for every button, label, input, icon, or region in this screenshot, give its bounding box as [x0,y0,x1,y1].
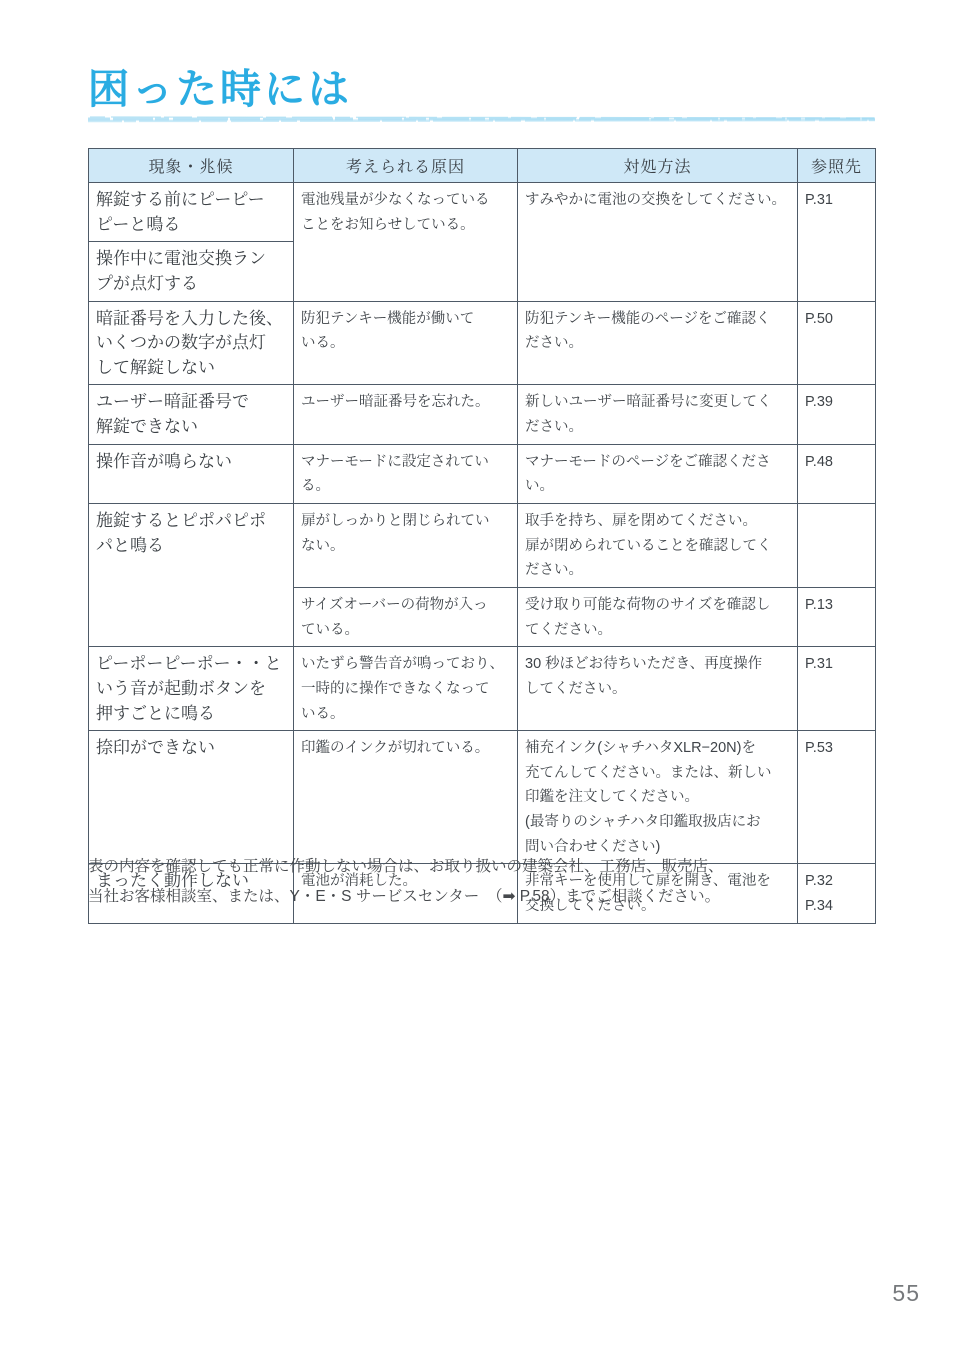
table-row: ユーザー暗証番号で 解錠できない ユーザー暗証番号を忘れた。 新しいユーザー暗証… [89,385,876,444]
cell-remedy: 30 秒ほどお待ちいただき、再度操作 してください。 [518,647,798,731]
cell-remedy: 補充インク(シャチハタXLR−20N)を 充てんしてください。または、新しい 印… [518,731,798,864]
col-header-cause: 考えられる原因 [294,149,518,183]
cell-cause: ユーザー暗証番号を忘れた。 [294,385,518,444]
cell-reference: P.48 [798,444,876,503]
col-header-reference: 参照先 [798,149,876,183]
cell-remedy: 受け取り可能な荷物のサイズを確認し てください。 [518,587,798,646]
cell-symptom: 操作中に電池交換ラン プが点灯する [89,242,294,301]
table-header-row: 現象・兆候 考えられる原因 対処方法 参照先 [89,149,876,183]
cell-symptom: 施錠するとピポパピポ パと鳴る [89,504,294,647]
cell-symptom: 解錠する前にピーピー ピーと鳴る [89,183,294,242]
cell-reference: P.53 [798,731,876,864]
cell-cause: マナーモードに設定されてい る。 [294,444,518,503]
cell-remedy: すみやかに電池の交換をしてください。 [518,183,798,302]
cell-cause: 印鑑のインクが切れている。 [294,731,518,864]
col-header-symptom: 現象・兆候 [89,149,294,183]
cell-symptom: ユーザー暗証番号で 解錠できない [89,385,294,444]
footer-note: 表の内容を確認しても正常に作動しない場合は、お取り扱いの建築会社、工務店、販売店… [88,852,888,912]
table-row: 暗証番号を入力した後、 いくつかの数字が点灯 して解錠しない 防犯テンキー機能が… [89,301,876,385]
cell-remedy: 防犯テンキー機能のページをご確認く ださい。 [518,301,798,385]
cell-remedy: マナーモードのページをご確認くださ い。 [518,444,798,503]
cell-symptom: ピーポーピーポー・・と いう音が起動ボタンを 押すごとに鳴る [89,647,294,731]
cell-cause: 扉がしっかりと閉じられてい ない。 [294,504,518,588]
table-row: 施錠するとピポパピポ パと鳴る 扉がしっかりと閉じられてい ない。 取手を持ち、… [89,504,876,588]
cell-symptom: 捺印ができない [89,731,294,864]
cell-cause: いたずら警告音が鳴っており、 一時的に操作できなくなって いる。 [294,647,518,731]
page-number: 55 [892,1280,920,1307]
cell-symptom: 暗証番号を入力した後、 いくつかの数字が点灯 して解錠しない [89,301,294,385]
cell-cause: サイズオーバーの荷物が入っ ている。 [294,587,518,646]
title-underline-decoration [88,112,875,126]
cell-reference: P.13 [798,587,876,646]
cell-reference: P.31 [798,647,876,731]
cell-remedy: 取手を持ち、扉を閉めてください。 扉が閉められていることを確認してく ださい。 [518,504,798,588]
cell-cause: 防犯テンキー機能が働いて いる。 [294,301,518,385]
troubleshooting-table: 現象・兆候 考えられる原因 対処方法 参照先 解錠する前にピーピー ピーと鳴る … [88,148,876,924]
page-title: 困った時には [88,56,352,115]
cell-cause: 電池残量が少なくなっている ことをお知らせしている。 [294,183,518,302]
table-row: 解錠する前にピーピー ピーと鳴る 電池残量が少なくなっている ことをお知らせして… [89,183,876,242]
table-row: 捺印ができない 印鑑のインクが切れている。 補充インク(シャチハタXLR−20N… [89,731,876,864]
cell-reference: P.39 [798,385,876,444]
cell-reference: P.31 [798,183,876,302]
table-row: ピーポーピーポー・・と いう音が起動ボタンを 押すごとに鳴る いたずら警告音が鳴… [89,647,876,731]
cell-remedy: 新しいユーザー暗証番号に変更してく ださい。 [518,385,798,444]
cell-reference [798,504,876,588]
cell-symptom: 操作音が鳴らない [89,444,294,503]
cell-reference: P.50 [798,301,876,385]
col-header-remedy: 対処方法 [518,149,798,183]
table-row: 操作音が鳴らない マナーモードに設定されてい る。 マナーモードのページをご確認… [89,444,876,503]
